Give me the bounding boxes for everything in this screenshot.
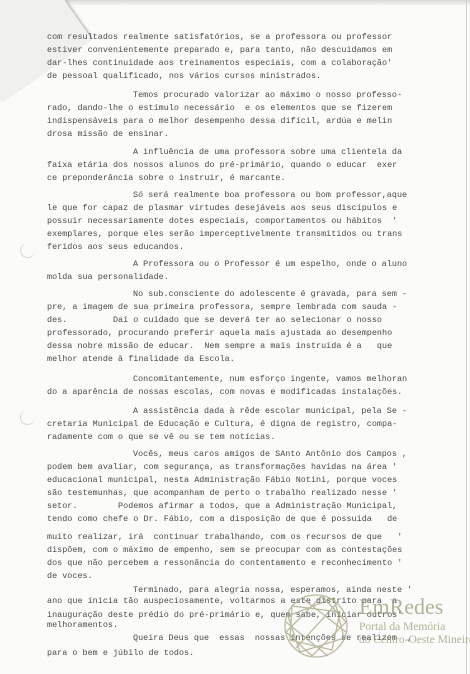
- document-line: des. Daí o cuidado que se deverá ter ao …: [47, 315, 382, 326]
- document-line: de pessoal qualificado, nos vários curso…: [47, 71, 321, 82]
- document-line: possuir necessariamente dotes especiais,…: [47, 216, 397, 227]
- document-line: Concomitantemente, num esforço ingente, …: [133, 374, 407, 385]
- document-line: molda sua personalidade.: [47, 272, 169, 283]
- scanned-page: com resultados realmente satisfatórios, …: [0, 0, 470, 674]
- document-line: com resultados realmente satisfatórios, …: [47, 32, 392, 43]
- document-line: radamente com o que se vê ou se tem notí…: [47, 432, 275, 443]
- document-line: dar-lhes continuidade aos treinamentos e…: [47, 58, 392, 69]
- document-line: para o bem e júbilo de todos.: [47, 648, 194, 659]
- punch-hole-mark: [20, 243, 35, 258]
- document-line: pre, a imagem de sua primeira professora…: [47, 302, 397, 313]
- document-line: professorado, procurando preferir aquela…: [47, 328, 392, 339]
- emredes-watermark: EmRedes Portal da Memória do Centro-Oest…: [282, 592, 468, 660]
- watermark-subtitle-1: Portal da Memória: [359, 621, 445, 633]
- document-line: tendo como chefe o Dr. Fábio, com a disp…: [47, 514, 397, 525]
- globe-logo-icon: [282, 592, 350, 660]
- document-line: muito realizar, irá continuar trabalhand…: [47, 532, 402, 543]
- document-line: exemplares, porque eles serão impercepti…: [47, 229, 402, 240]
- document-line: dispõem, com o máximo de empenho, sem se…: [47, 545, 402, 556]
- document-line: dessa nobre missão de educar. Nem sempre…: [47, 341, 392, 352]
- document-line: ce preponderância sobre o instruir, é ma…: [47, 173, 286, 184]
- document-line: setor. Podemos afirmar a todos, que a Ad…: [47, 501, 397, 512]
- document-line: estiver convenientemente preparado e, pa…: [47, 45, 392, 56]
- document-line: são testemunhas, que acompanham de perto…: [47, 488, 397, 499]
- page-edge: [466, 0, 467, 674]
- document-line: indispensáveis para o melhor desempenho …: [47, 116, 392, 127]
- document-line: cretaria Municipal de Educação e Cultura…: [47, 419, 397, 430]
- document-line: educacional municipal, nesta Administraç…: [47, 475, 397, 486]
- document-line: rado, dando-lhe o estímulo necessário e …: [47, 103, 392, 114]
- watermark-subtitle-2: do Centro-Oeste Mineiro: [359, 634, 470, 646]
- document-line: de voces.: [47, 571, 93, 582]
- punch-hole-mark: [20, 410, 35, 425]
- document-line: feridos aos seus educandos.: [47, 242, 184, 253]
- document-line: le que for capaz de plasmar virtudes des…: [47, 203, 397, 214]
- document-line: dos que não percebem a ressonância do co…: [47, 558, 402, 569]
- document-line: drosa missão de ensinar.: [47, 129, 169, 140]
- document-line: No sub.consciente do adolescente é grava…: [133, 289, 407, 300]
- document-line: melhoramentos.: [47, 620, 118, 631]
- document-line: faixa etária dos nossos alunos do pré-pr…: [47, 160, 397, 171]
- document-line: A Professora ou o Professor é um espelho…: [133, 259, 407, 270]
- watermark-title: EmRedes: [359, 595, 443, 619]
- document-line: Temos procurado valorizar ao máximo o no…: [133, 90, 402, 101]
- document-line: Vocês, meus caros amigos de SAnto Antôni…: [133, 449, 407, 460]
- document-line: A assistência dada à rêde escolar munici…: [133, 406, 407, 417]
- document-line: do a aparência de nossas escolas, com no…: [47, 387, 402, 398]
- document-line: melhor atende à finalidade da Escola.: [47, 354, 235, 365]
- scan-top-shadow: [0, 0, 470, 6]
- document-line: A influência de uma professora sobre uma…: [133, 147, 402, 158]
- document-line: podem bem avaliar, com segurança, as tra…: [47, 462, 397, 473]
- document-line: Só será realmente boa professora ou bom …: [133, 190, 407, 201]
